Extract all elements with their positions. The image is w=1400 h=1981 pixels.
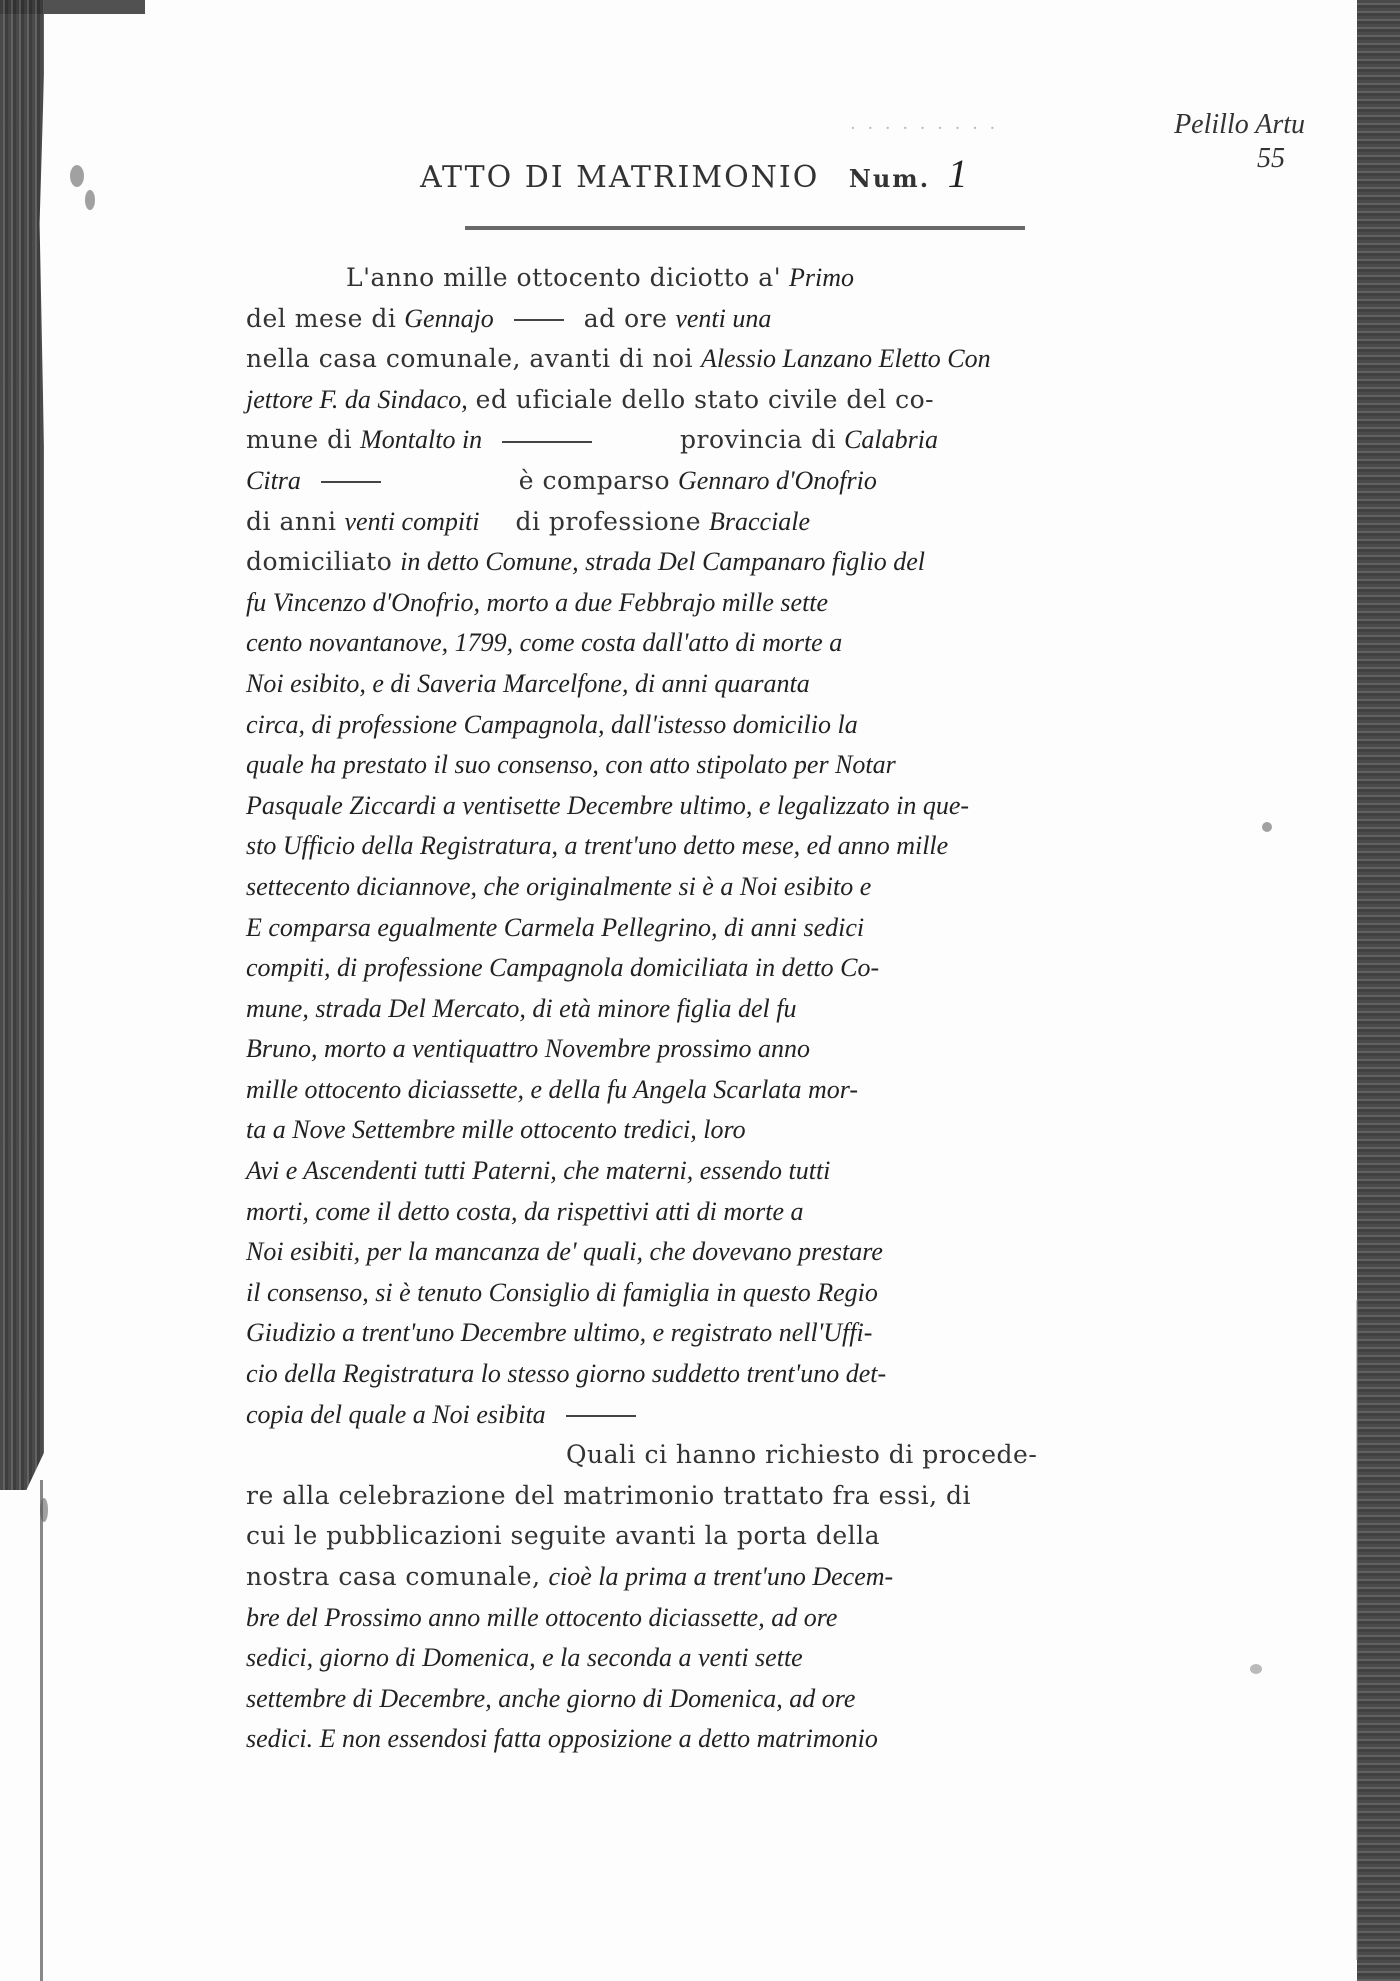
handwritten-text: Montalto in [360,425,482,454]
handwritten-text: Noi esibiti, per la mancanza de' quali, … [246,1237,883,1266]
text-line: morti, come il detto costa, da rispettiv… [246,1192,1206,1233]
text-line: bre del Prossimo anno mille ottocento di… [246,1598,1206,1639]
text-line: L'anno mille ottocento diciotto a' Primo [246,258,1206,299]
handwritten-text: cio della Registratura lo stesso giorno … [246,1359,886,1388]
text-line: del mese di Gennajo ad ore venti una [246,299,1206,340]
text-line: circa, di professione Campagnola, dall'i… [246,705,1206,746]
document-title: ATTO DI MATRIMONIO Num. 1 [420,150,970,197]
text-line: Noi esibiti, per la mancanza de' quali, … [246,1232,1206,1273]
handwritten-text: Bracciale [709,507,810,536]
text-line: Pasquale Ziccardi a ventisette Decembre … [246,786,1206,827]
scanned-page: · · · · · · · · · ATTO DI MATRIMONIO Num… [0,0,1400,1981]
text-line: copia del quale a Noi esibita [246,1395,1206,1436]
ink-smudge [1250,1664,1262,1674]
scan-border-left [0,0,44,1490]
text-line: cio della Registratura lo stesso giorno … [246,1354,1206,1395]
printed-text: domiciliato [246,547,392,576]
handwritten-text: compiti, di professione Campagnola domic… [246,953,879,982]
handwritten-text: Primo [789,263,854,292]
text-line: Quali ci hanno richiesto di procede- [246,1435,1206,1476]
handwritten-text: Citra [246,466,301,495]
text-line: compiti, di professione Campagnola domic… [246,948,1206,989]
handwritten-text: Gennaro d'Onofrio [678,466,877,495]
handwritten-text: bre del Prossimo anno mille ottocento di… [246,1603,837,1632]
text-line: quale ha prestato il suo consenso, con a… [246,745,1206,786]
handwritten-text: circa, di professione Campagnola, dall'i… [246,710,858,739]
printed-text: mune di [246,425,352,454]
ink-smudge [70,165,84,187]
text-line: il consenso, si è tenuto Consiglio di fa… [246,1273,1206,1314]
handwritten-text: Giudizio a trent'uno Decembre ultimo, e … [246,1318,872,1347]
text-line: jettore F. da Sindaco, ed uficiale dello… [246,380,1206,421]
ink-smudge [85,190,95,210]
text-line: mune, strada Del Mercato, di età minore … [246,989,1206,1030]
handwritten-text: settecento diciannove, che originalmente… [246,872,871,901]
fill-dash [321,481,381,483]
printed-text: re alla celebrazione del matrimonio trat… [246,1481,971,1510]
handwritten-text: venti compiti [345,507,480,536]
handwritten-text: Gennajo [404,304,494,333]
text-line: mune di Montalto in provincia di Calabri… [246,420,1206,461]
printed-text: del mese di [246,304,396,333]
title-text: ATTO DI MATRIMONIO [420,160,819,195]
handwritten-text: settembre di Decembre, anche giorno di D… [246,1684,855,1713]
fill-dash [502,441,592,443]
printed-text: cui le pubblicazioni seguite avanti la p… [246,1521,880,1550]
printed-text: ed uficiale dello stato civile del co- [476,385,934,414]
handwritten-text: quale ha prestato il suo consenso, con a… [246,750,896,779]
text-line: Giudizio a trent'uno Decembre ultimo, e … [246,1313,1206,1354]
margin-note-line2: 55 [1125,142,1285,176]
handwritten-text: copia del quale a Noi esibita [246,1400,546,1429]
number-label: Num. [849,164,930,193]
printed-text: ad ore [584,304,668,333]
handwritten-text: cento novantanove, 1799, come costa dall… [246,628,842,657]
text-line: cento novantanove, 1799, come costa dall… [246,623,1206,664]
handwritten-text: morti, come il detto costa, da rispettiv… [246,1197,804,1226]
text-line: di anni venti compiti di professione Bra… [246,502,1206,543]
printed-text: di professione [515,507,701,536]
scan-border-left-line [40,1480,43,1981]
margin-note-line1: Pelillo Artu [1174,109,1305,140]
text-line: sedici, giorno di Domenica, e la seconda… [246,1638,1206,1679]
scan-border-right [1357,0,1400,1981]
printed-text: L'anno mille ottocento diciotto a' [346,263,781,292]
text-line: cui le pubblicazioni seguite avanti la p… [246,1516,1206,1557]
printed-text: nella casa comunale, avanti di noi [246,344,693,373]
handwritten-text: mille ottocento diciassette, e della fu … [246,1075,858,1104]
text-line: nella casa comunale, avanti di noi Aless… [246,339,1206,380]
ink-smudge [40,1498,48,1522]
margin-note: Pelillo Artu 55 [1125,108,1305,176]
printed-text: di anni [246,507,337,536]
handwritten-text: fu Vincenzo d'Onofrio, morto a due Febbr… [246,588,828,617]
handwritten-text: sto Ufficio della Registratura, a trent'… [246,831,948,860]
handwritten-text: Calabria [844,425,938,454]
text-line: E comparsa egualmente Carmela Pellegrino… [246,908,1206,949]
text-line: mille ottocento diciassette, e della fu … [246,1070,1206,1111]
handwritten-text: in detto Comune, strada Del Campanaro fi… [400,547,925,576]
number-value: 1 [948,151,970,196]
text-line: ta a Nove Settembre mille ottocento tred… [246,1110,1206,1151]
handwritten-text: Alessio Lanzano Eletto Con [701,344,991,373]
text-line: nostra casa comunale, cioè la prima a tr… [246,1557,1206,1598]
printed-text: nostra casa comunale, [246,1562,541,1591]
handwritten-text: cioè la prima a trent'uno Decem- [548,1562,893,1591]
printed-text: Quali ci hanno richiesto di procede- [566,1440,1037,1469]
handwritten-text: sedici. E non essendosi fatta opposizion… [246,1724,878,1753]
title-underline [465,226,1025,230]
text-line: Citra è comparso Gennaro d'Onofrio [246,461,1206,502]
printed-text: provincia di [680,425,836,454]
text-line: domiciliato in detto Comune, strada Del … [246,542,1206,583]
text-line: re alla celebrazione del matrimonio trat… [246,1476,1206,1517]
text-line: Avi e Ascendenti tutti Paterni, che mate… [246,1151,1206,1192]
handwritten-text: il consenso, si è tenuto Consiglio di fa… [246,1278,878,1307]
faint-header-text: · · · · · · · · · [850,118,1130,139]
text-line: Noi esibito, e di Saveria Marcelfone, di… [246,664,1206,705]
handwritten-text: Pasquale Ziccardi a ventisette Decembre … [246,791,969,820]
printed-text: è comparso [519,466,670,495]
ink-smudge [1262,822,1272,832]
handwritten-text: ta a Nove Settembre mille ottocento tred… [246,1115,746,1144]
handwritten-text: Noi esibito, e di Saveria Marcelfone, di… [246,669,810,698]
text-line: settecento diciannove, che originalmente… [246,867,1206,908]
scan-border-right-line [1356,1300,1358,1960]
handwritten-text: venti una [675,304,771,333]
text-line: fu Vincenzo d'Onofrio, morto a due Febbr… [246,583,1206,624]
handwritten-text: mune, strada Del Mercato, di età minore … [246,994,797,1023]
text-line: Bruno, morto a ventiquattro Novembre pro… [246,1029,1206,1070]
text-line: settembre di Decembre, anche giorno di D… [246,1679,1206,1720]
handwritten-text: Bruno, morto a ventiquattro Novembre pro… [246,1034,810,1063]
fill-dash [566,1415,636,1417]
handwritten-text: jettore F. da Sindaco, [246,385,468,414]
handwritten-text: Avi e Ascendenti tutti Paterni, che mate… [246,1156,830,1185]
text-line: sto Ufficio della Registratura, a trent'… [246,826,1206,867]
fill-dash [514,319,564,321]
handwritten-text: E comparsa egualmente Carmela Pellegrino… [246,913,864,942]
text-line: sedici. E non essendosi fatta opposizion… [246,1719,1206,1760]
handwritten-text: sedici, giorno di Domenica, e la seconda… [246,1643,803,1672]
record-body: L'anno mille ottocento diciotto a' Primo… [246,258,1206,1760]
